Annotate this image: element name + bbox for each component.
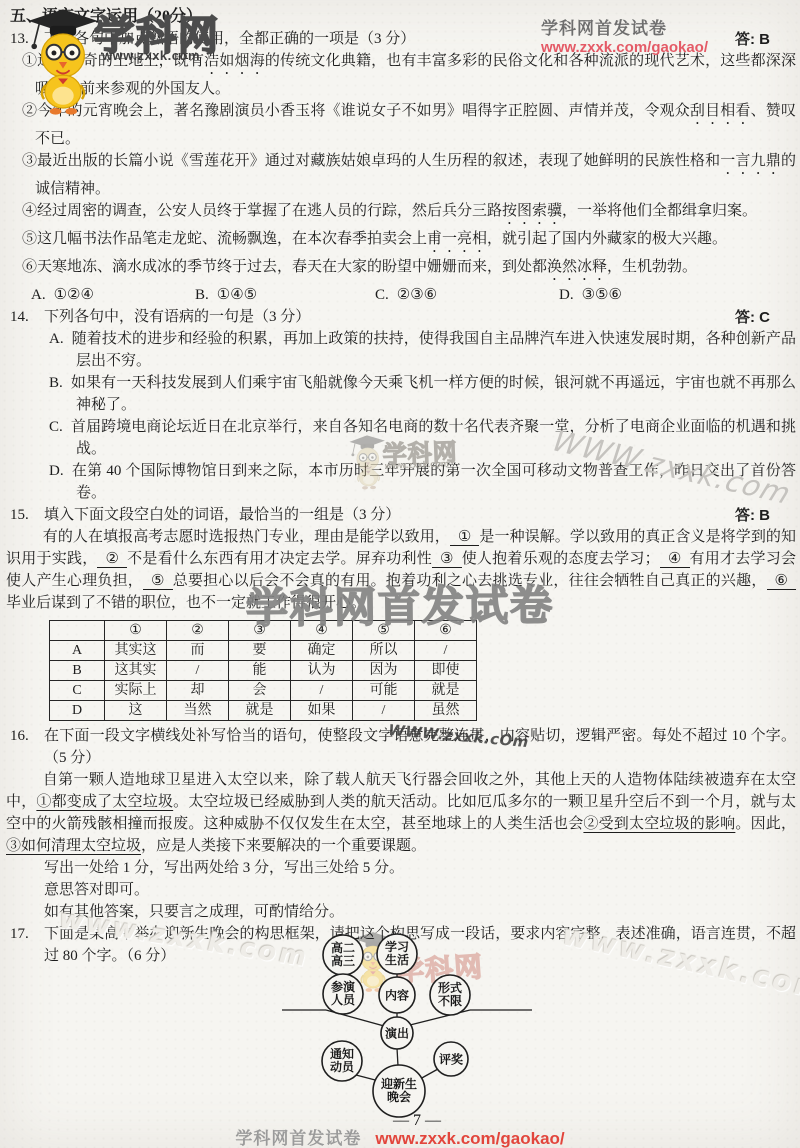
question-14-stem: 下列各句中，没有语病的一句是（3 分） — [44, 306, 796, 328]
question-14-answer: 答: C — [735, 306, 770, 327]
table-cell: ③ — [229, 621, 291, 641]
emphasis-text: ② — [97, 551, 127, 568]
diagram-node-notify: 通知动员 — [322, 1041, 362, 1081]
question-15-answer: 答: B — [735, 504, 770, 525]
plain-text: ，应是人类接下来要解决的一个重要课题。 — [141, 838, 426, 854]
diagram-node-party: 迎新生晚会 — [373, 1065, 425, 1117]
q17-concept-diagram: 高二高三学习生活参演人员内容形式不限演出通知动员评奖迎新生晚会 — [280, 928, 560, 1133]
table-row: B这其实/能认为因为即使 — [50, 661, 477, 681]
q14-option-c: C.首届跨境电商论坛近日在北京举行，来自各知名电商的数十名代表齐聚一堂，分析了电… — [49, 416, 796, 460]
table-cell: ⑤ — [353, 621, 415, 641]
table-cell: 因为 — [353, 661, 415, 681]
question-15: 15. 答: B 填入下面文段空白处的词语，最恰当的一组是（3 分） 有的人在填… — [4, 504, 796, 721]
q13-item-2: ②今年的元宵晚会上，著名豫剧演员小香玉将《谁说女子不如男》唱得字正腔圆、声情并茂… — [22, 100, 796, 150]
svg-text:内容: 内容 — [385, 988, 409, 1003]
table-cell: B — [50, 661, 105, 681]
table-header-row: ①②③④⑤⑥ — [50, 621, 477, 641]
q16-note-2: 意思答对即可。 — [44, 879, 796, 901]
footer-url: www.zxxk.com/gaokao/ — [375, 1129, 564, 1148]
table-cell: 要 — [229, 641, 291, 661]
table-cell: ② — [167, 621, 229, 641]
table-cell: 如果 — [291, 701, 353, 721]
emphasis-text: ③如何清理太空垃圾 — [6, 838, 141, 854]
plain-text: 。因此， — [735, 816, 796, 832]
question-15-stem: 填入下面文段空白处的词语，最恰当的一组是（3 分） — [44, 504, 796, 526]
emphasis-text: 一言九鼎 — [720, 153, 781, 169]
table-cell: A — [50, 641, 105, 661]
q13-option-d: D.③⑤⑥ — [559, 284, 622, 306]
question-17-number: 17. — [10, 923, 29, 945]
section-title: 五、语言文字运用（20分） — [4, 6, 796, 28]
table-cell: 即使 — [415, 661, 477, 681]
table-cell: 虽然 — [415, 701, 477, 721]
q13-item-1: ①这块神奇的土地上，既有浩如烟海的传统文化典籍，也有丰富多彩的民俗文化和各种流派… — [22, 50, 796, 100]
plain-text: ②今年的元宵晚会上，著名豫剧演员小香玉将《谁说女子不如男》唱得字正腔圆、声情并茂… — [22, 103, 690, 119]
question-14: 14. 答: C 下列各句中，没有语病的一句是（3 分） A.随着技术的进步和经… — [4, 306, 796, 504]
plain-text: ③最近出版的长篇小说《雪莲花开》通过对藏族姑娘卓玛的人生历程的叙述，表现了她鲜明… — [22, 153, 720, 169]
svg-text:通知动员: 通知动员 — [330, 1046, 355, 1074]
plain-text: 不是看什么东西有用才决定去学。屏弃功利性 — [127, 551, 432, 567]
plain-text: ，生机勃勃。 — [607, 259, 697, 275]
question-14-number: 14. — [10, 306, 29, 328]
question-16-stem: 在下面一段文字横线处补写恰当的语句，使整段文字语意完整连贯，内容贴切，逻辑严密。… — [44, 725, 796, 769]
q13-item-3: ③最近出版的长篇小说《雪莲花开》通过对藏族姑娘卓玛的人生历程的叙述，表现了她鲜明… — [22, 150, 796, 200]
table-row: C实际上却会/可能就是 — [50, 681, 477, 701]
table-cell: 所以 — [353, 641, 415, 661]
q16-note-1: 写出一处给 1 分，写出两处给 3 分，写出三处给 5 分。 — [44, 857, 796, 879]
emphasis-text: 涣然冰释 — [547, 259, 607, 275]
emphasis-text: 按图索骥 — [502, 203, 562, 219]
table-cell: / — [291, 681, 353, 701]
question-13: 13. 答: B 下列各句中加点熟语的使用，全都正确的一项是（3 分） ①这块神… — [4, 28, 796, 306]
table-cell: 能 — [229, 661, 291, 681]
table-cell: 可能 — [353, 681, 415, 701]
svg-text:评奖: 评奖 — [439, 1052, 463, 1067]
diagram-edge — [420, 1069, 438, 1079]
emphasis-text: ④ — [660, 551, 690, 568]
table-cell: ⑥ — [415, 621, 477, 641]
q14-option-d: D.在第 40 个国际博物馆日到来之际，本市历时三年开展的第一次全国可移动文物普… — [49, 460, 796, 504]
table-cell: C — [50, 681, 105, 701]
q16-note-3: 如有其他答案，只要言之成理，可酌情给分。 — [44, 901, 796, 923]
table-cell: 这 — [105, 701, 167, 721]
exam-content: 五、语言文字运用（20分） 13. 答: B 下列各句中加点熟语的使用，全都正确… — [0, 6, 800, 967]
q13-option-b: B.①④⑤ — [195, 284, 257, 306]
question-15-number: 15. — [10, 504, 29, 526]
table-cell: 这其实 — [105, 661, 167, 681]
emphasis-text: ⑤ — [143, 573, 173, 590]
svg-text:演出: 演出 — [384, 1026, 409, 1041]
question-16: 16. 在下面一段文字横线处补写恰当的语句，使整段文字语意完整连贯，内容贴切，逻… — [4, 725, 796, 923]
table-cell: 确定 — [291, 641, 353, 661]
page-number: — 7 — — [372, 1112, 462, 1130]
question-16-number: 16. — [10, 725, 29, 747]
q13-option-c: C.②③⑥ — [375, 284, 437, 306]
table-cell: 而 — [167, 641, 229, 661]
plain-text: 有的人在填报高考志愿时选报热门专业，理由是能学以致用， — [43, 529, 450, 545]
table-cell: 就是 — [229, 701, 291, 721]
q15-choice-table: ①②③④⑤⑥A其实这而要确定所以/B这其实/能认为因为即使C实际上却会/可能就是… — [49, 620, 477, 721]
emphasis-text: ⑥ — [767, 573, 796, 590]
emphasis-text: ③ — [432, 551, 462, 568]
q14-option-b: B.如果有一天科技发展到人们乘宇宙飞船就像今天乘飞机一样方便的时候，银河就不再遥… — [49, 372, 796, 416]
plain-text: 使人抱着乐观的态度去学习； — [462, 551, 660, 567]
emphasis-text: ① — [450, 529, 480, 546]
q13-option-a: A.①②④ — [31, 284, 94, 306]
q13-item-5: ⑤这几幅书法作品笔走龙蛇、流畅飘逸，在本次春季拍卖会上甫一亮相，就引起了国内外藏… — [22, 228, 796, 256]
plain-text: ，一举将他们全都缉拿归案。 — [562, 203, 757, 219]
emphasis-text: 刮目相看 — [690, 103, 751, 119]
question-13-number: 13. — [10, 28, 29, 50]
table-cell: 会 — [229, 681, 291, 701]
plain-text: ④经过周密的调查，公安人员终于掌握了在逃人员的行踪，然后兵分三路 — [22, 203, 502, 219]
diagram-node-performance: 演出 — [381, 1017, 413, 1049]
table-cell: / — [415, 641, 477, 661]
table-cell: ① — [105, 621, 167, 641]
emphasis-text: 浩如烟海 — [204, 53, 265, 69]
question-13-answer: 答: B — [735, 28, 770, 49]
table-cell: 却 — [167, 681, 229, 701]
q13-item-6: ⑥天寒地冻、滴水成冰的季节终于过去，春天在大家的盼望中姗姗而来，到处都涣然冰释，… — [22, 256, 796, 284]
diagram-node-awards: 评奖 — [434, 1042, 468, 1076]
emphasis-text: 甫一亮相 — [427, 231, 487, 247]
table-cell: 当然 — [167, 701, 229, 721]
q16-passage: 自第一颗人造地球卫星进入太空以来，除了载人航天飞行器会回收之外，其他上天的人造物… — [6, 769, 796, 857]
q14-option-a: A.随着技术的进步和经验的积累，再加上政策的扶持，使得我国自主品牌汽车进入快速发… — [49, 328, 796, 372]
emphasis-text: ①都变成了太空垃圾 — [36, 794, 173, 810]
table-cell: 其实这 — [105, 641, 167, 661]
plain-text: ⑤这几幅书法作品笔走龙蛇、流畅飘逸，在本次春季拍卖会上 — [22, 231, 427, 247]
diagram-edge — [397, 1048, 398, 1066]
table-cell: 就是 — [415, 681, 477, 701]
table-cell: D — [50, 701, 105, 721]
question-13-stem: 下列各句中加点熟语的使用，全都正确的一项是（3 分） — [44, 28, 796, 50]
table-cell: / — [167, 661, 229, 681]
plain-text: 毕业后谋到了不错的职位，也不一定就工作得很开心。 — [6, 595, 366, 611]
diagram-node-format: 形式不限 — [430, 975, 470, 1015]
footer-brand: 学科网首发试卷 — [235, 1129, 361, 1148]
q13-options: A.①②④ B.①④⑤ C.②③⑥ D.③⑤⑥ — [31, 284, 796, 306]
table-cell: / — [353, 701, 415, 721]
table-cell: 认为 — [291, 661, 353, 681]
svg-text:形式不限: 形式不限 — [438, 980, 462, 1008]
svg-text:学习生活: 学习生活 — [385, 939, 409, 967]
table-cell: 实际上 — [105, 681, 167, 701]
plain-text: 总要担心以后会不会真的有用。抱着功利之心去挑选专业，往往会牺牲自己真正的兴趣， — [173, 573, 767, 589]
table-cell: ④ — [291, 621, 353, 641]
svg-text:参演人员: 参演人员 — [331, 979, 356, 1007]
diagram-node-content: 内容 — [379, 977, 415, 1013]
q13-item-4: ④经过周密的调查，公安人员终于掌握了在逃人员的行踪，然后兵分三路按图索骥，一举将… — [22, 200, 796, 228]
svg-text:高二高三: 高二高三 — [331, 940, 355, 968]
plain-text: ①这块神奇的土地上，既有 — [22, 53, 204, 69]
exam-page: 五、语言文字运用（20分） 13. 答: B 下列各句中加点熟语的使用，全都正确… — [0, 0, 800, 1148]
diagram-node-study-life: 学习生活 — [377, 934, 417, 974]
emphasis-text: ②受到太空垃圾的影响 — [583, 816, 735, 832]
diagram-node-students: 高二高三 — [323, 935, 363, 975]
plain-text: ⑥天寒地冻、滴水成冰的季节终于过去，春天在大家的盼望中姗姗而来，到处都 — [22, 259, 547, 275]
table-cell — [50, 621, 105, 641]
plain-text: ，就引起了国内外藏家的极大兴趣。 — [487, 231, 727, 247]
table-row: D这当然就是如果/虽然 — [50, 701, 477, 721]
q15-passage: 有的人在填报高考志愿时选报热门专业，理由是能学以致用，①是一种误解。学以致用的真… — [6, 526, 796, 614]
q16-scoring-notes: 写出一处给 1 分，写出两处给 3 分，写出三处给 5 分。 意思答对即可。 如… — [44, 857, 796, 923]
diagram-node-performers: 参演人员 — [323, 974, 363, 1014]
table-row: A其实这而要确定所以/ — [50, 641, 477, 661]
